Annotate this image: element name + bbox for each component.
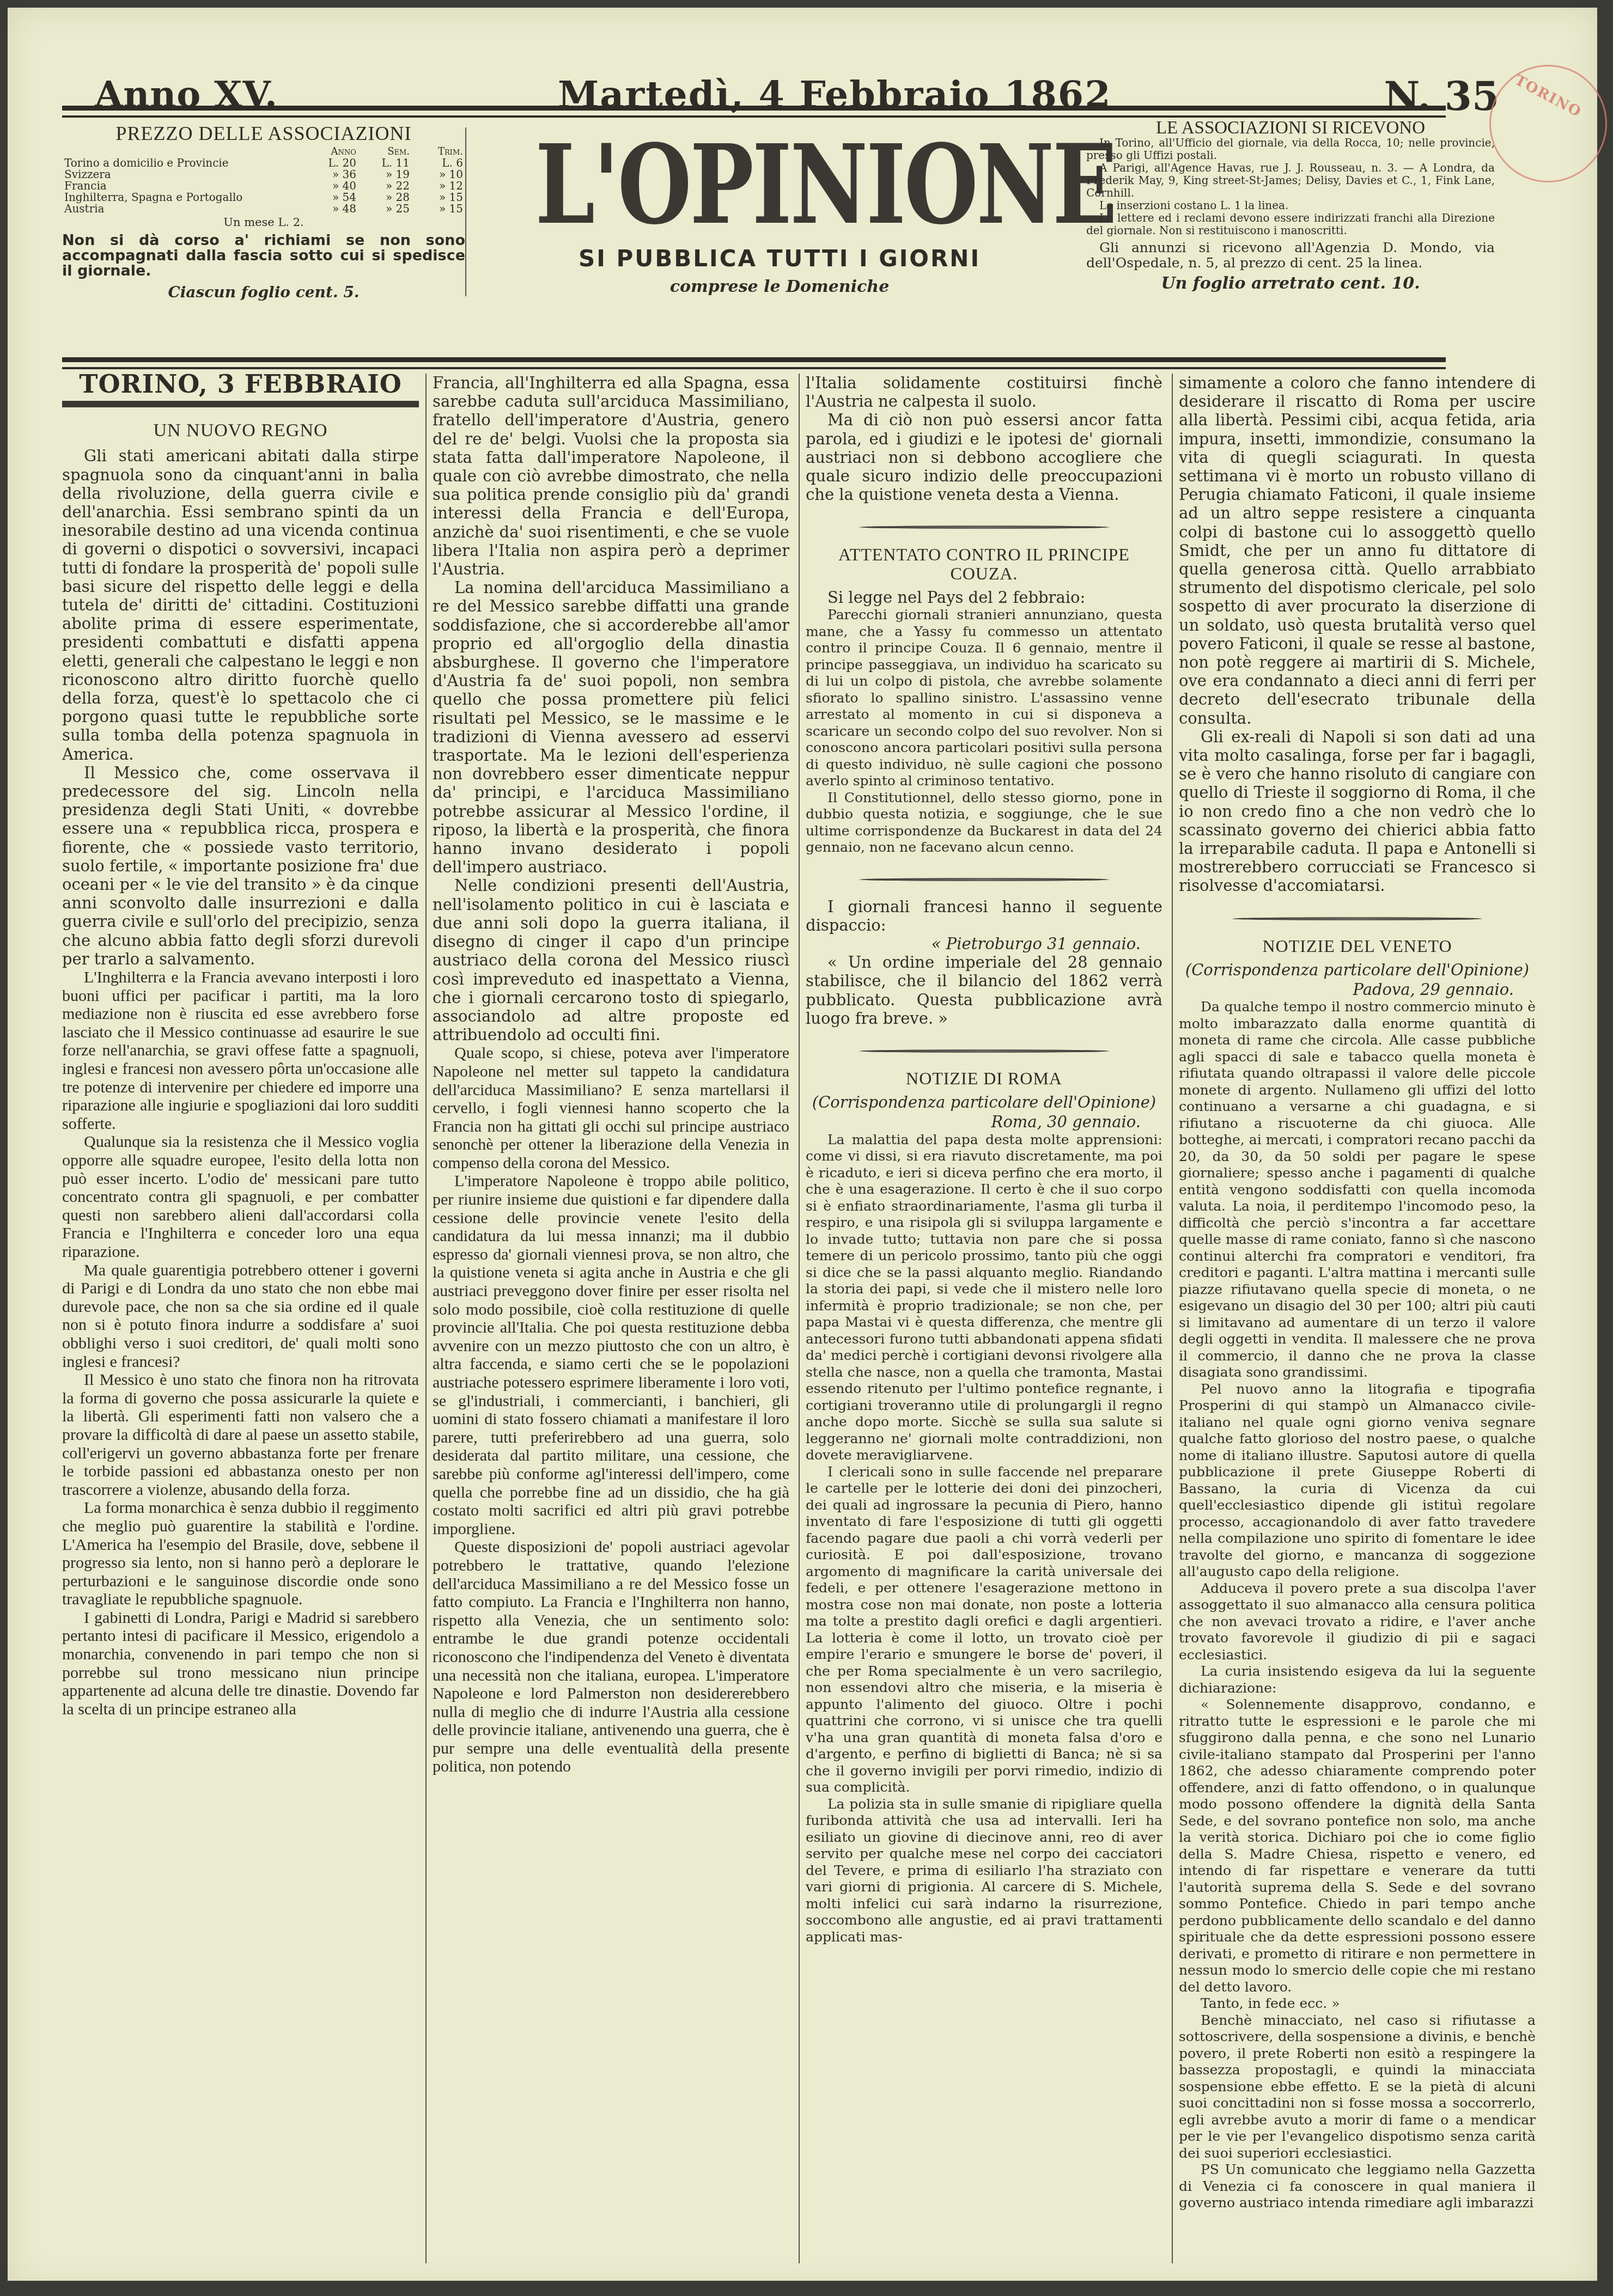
claims-notice: Non si dà corso a' richiami se non sono … bbox=[62, 233, 465, 279]
column-divider bbox=[799, 374, 800, 2263]
stamp-text: TORINO bbox=[1494, 62, 1603, 130]
price-place: Svizzera bbox=[62, 169, 305, 180]
paragraph: Da qualche tempo il nostro commercio min… bbox=[1179, 999, 1536, 1381]
price-place: Inghilterra, Spagna e Portogallo bbox=[62, 192, 305, 203]
article-title: NOTIZIE DI ROMA bbox=[806, 1069, 1162, 1088]
paragraph: Tanto, in fede ecc. » bbox=[1179, 1995, 1536, 2012]
paragraph: Ma di ciò non può essersi ancor fatta pa… bbox=[806, 411, 1162, 504]
paragraph: Francia, all'Inghilterra ed alla Spagna,… bbox=[433, 374, 789, 578]
subscription-heading: LE ASSOCIAZIONI SI RICEVONO bbox=[1086, 122, 1495, 135]
column-2: Francia, all'Inghilterra ed alla Spagna,… bbox=[433, 374, 789, 2258]
price-place: Austria bbox=[62, 203, 305, 215]
price-sem: L. 11 bbox=[358, 157, 412, 169]
price-row: Austria » 48 » 25 » 15 bbox=[62, 203, 465, 215]
dispatch-dateline: « Pietroburgo 31 gennaio. bbox=[806, 935, 1162, 953]
paragraph: Parecchi giornali stranieri annunziano, … bbox=[806, 607, 1162, 790]
paragraph: Adduceva il povero prete a sua discolpa … bbox=[1179, 1580, 1536, 1664]
correspondence-note: (Corrispondenza particolare dell'Opinion… bbox=[806, 1093, 1162, 1112]
newspaper-page: Anno XV. Martedì, 4 Febbraio 1862 N. 35 … bbox=[8, 8, 1597, 2288]
scan-edge bbox=[8, 2281, 1597, 2288]
prices-heading: PREZZO DELLE ASSOCIAZIONI bbox=[62, 122, 465, 145]
price-anno: » 36 bbox=[305, 169, 358, 180]
price-trim: » 10 bbox=[412, 169, 465, 180]
paragraph: Il Constitutionnel, dello stesso giorno,… bbox=[806, 790, 1162, 856]
correspondence-note: (Corrispondenza particolare dell'Opinion… bbox=[1179, 961, 1536, 979]
paragraph: I gabinetti di Londra, Parigi e Madrid s… bbox=[62, 1609, 419, 1719]
paragraph: L'imperatore Napoleone è troppo abile po… bbox=[433, 1172, 789, 1538]
back-issue-price: Un foglio arretrato cent. 10. bbox=[1086, 277, 1495, 290]
price-sem: » 19 bbox=[358, 169, 412, 180]
info-ads: Gli annunzi si ricevono all'Agenzia D. M… bbox=[1086, 240, 1495, 271]
paragraph: I clericali sono in sulle faccende nel p… bbox=[806, 1464, 1162, 1796]
column-divider bbox=[1172, 374, 1173, 2263]
paragraph: Pel nuovo anno la litografia e tipografi… bbox=[1179, 1381, 1536, 1580]
price-trim: » 15 bbox=[412, 203, 465, 215]
price-row: Francia » 40 » 22 » 12 bbox=[62, 180, 465, 192]
paragraph: L'Inghilterra e la Francia avevano inter… bbox=[62, 968, 419, 1133]
paragraph: Si legge nel Pays del 2 febbraio: bbox=[806, 588, 1162, 607]
price-sem: » 22 bbox=[358, 180, 412, 192]
paragraph: l'Italia solidamente costituirsi finchè … bbox=[806, 374, 1162, 411]
price-trim: » 15 bbox=[412, 192, 465, 203]
paragraph: PS Un comunicato che leggiamo nella Gazz… bbox=[1179, 2161, 1536, 2212]
paragraph: « Solennemente disapprovo, condanno, e r… bbox=[1179, 1696, 1536, 1995]
article-title: UN NUOVO REGNO bbox=[62, 422, 419, 440]
paragraph: La nomina dell'arciduca Massimiliano a r… bbox=[433, 578, 789, 876]
price-place: Torino a domicilio e Provincie bbox=[62, 157, 305, 169]
price-anno: L. 20 bbox=[305, 157, 358, 169]
price-anno: » 54 bbox=[305, 192, 358, 203]
paragraph: Il Messico è uno stato che finora non ha… bbox=[62, 1371, 419, 1499]
top-rule bbox=[62, 106, 1446, 118]
price-table: Anno Sem. Trim. Torino a domicilio e Pro… bbox=[62, 146, 465, 215]
sundays-note: comprese le Domeniche bbox=[466, 277, 1093, 296]
paragraph: Nelle condizioni presenti dell'Austria, … bbox=[433, 876, 789, 1044]
price-trim: L. 6 bbox=[412, 157, 465, 169]
paragraph: Il Messico che, come osservava il predec… bbox=[62, 764, 419, 968]
paragraph: La malattia del papa desta molte apprens… bbox=[806, 1132, 1162, 1464]
paragraph: Quale scopo, si chiese, poteva aver l'im… bbox=[433, 1044, 789, 1172]
newspaper-title: L'OPINIONE bbox=[535, 131, 1024, 240]
masthead-title-block: L'OPINIONE SI PUBBLICA TUTTI I GIORNI co… bbox=[465, 127, 1093, 296]
col-sem: Sem. bbox=[358, 146, 412, 157]
paragraph: « Un ordine imperiale del 28 gennaio sta… bbox=[806, 953, 1162, 1028]
column-4: simamente a coloro che fanno intendere d… bbox=[1179, 374, 1536, 2258]
postal-stamp: TORINO bbox=[1489, 65, 1607, 182]
info-letters: Le lettere ed i reclami devono essere in… bbox=[1086, 212, 1495, 237]
price-sem: » 25 bbox=[358, 203, 412, 215]
info-paris-london: A Parigi, all'Agence Havas, rue J. J. Ro… bbox=[1086, 162, 1495, 199]
dateline: TORINO, 3 FEBBRAIO bbox=[62, 375, 419, 393]
info-insertions: Le inserzioni costano L. 1 la linea. bbox=[1086, 199, 1495, 212]
monthly-price: Un mese L. 2. bbox=[62, 216, 465, 229]
col-anno: Anno bbox=[305, 146, 358, 157]
single-copy-price: Ciascun foglio cent. 5. bbox=[62, 283, 465, 301]
paragraph: I giornali francesi hanno il seguente di… bbox=[806, 897, 1162, 935]
paragraph: Gli stati americani abitati dalla stirpe… bbox=[62, 447, 419, 763]
masthead-rule bbox=[62, 357, 1446, 369]
paragraph: La polizia sta in sulle smanie di ripigl… bbox=[806, 1796, 1162, 1946]
paragraph: Ma quale guarentigia potrebbero ottener … bbox=[62, 1261, 419, 1371]
place-date: Roma, 30 gennaio. bbox=[806, 1113, 1162, 1131]
price-place: Francia bbox=[62, 180, 305, 192]
place-date: Padova, 29 gennaio. bbox=[1179, 980, 1536, 999]
price-trim: » 12 bbox=[412, 180, 465, 192]
paragraph: simamente a coloro che fanno intendere d… bbox=[1179, 374, 1536, 728]
paragraph: Qualunque sia la resistenza che il Messi… bbox=[62, 1133, 419, 1261]
dateline-rule bbox=[62, 401, 419, 407]
column-1: TORINO, 3 FEBBRAIO UN NUOVO REGNO Gli st… bbox=[62, 374, 419, 2258]
paragraph: Gli ex-reali di Napoli si son dati ad un… bbox=[1179, 728, 1536, 895]
column-divider bbox=[425, 374, 427, 2263]
section-divider bbox=[1232, 917, 1482, 920]
price-row: Svizzera » 36 » 19 » 10 bbox=[62, 169, 465, 180]
price-row: Torino a domicilio e Provincie L. 20 L. … bbox=[62, 157, 465, 169]
subscription-prices: PREZZO DELLE ASSOCIAZIONI Anno Sem. Trim… bbox=[62, 122, 465, 301]
subscription-info: LE ASSOCIAZIONI SI RICEVONO In Torino, a… bbox=[1086, 122, 1495, 290]
section-divider bbox=[859, 1049, 1109, 1053]
col-trim: Trim. bbox=[412, 146, 465, 157]
paragraph: La forma monarchica è senza dubbio il re… bbox=[62, 1499, 419, 1609]
column-3: l'Italia solidamente costituirsi finchè … bbox=[806, 374, 1162, 2258]
article-title: NOTIZIE DEL VENETO bbox=[1179, 937, 1536, 955]
article-columns: TORINO, 3 FEBBRAIO UN NUOVO REGNO Gli st… bbox=[62, 374, 1571, 2263]
article-title: ATTENTATO CONTRO IL PRINCIPE COUZA. bbox=[806, 545, 1162, 582]
paragraph: La curia insistendo esigeva da lui la se… bbox=[1179, 1663, 1536, 1696]
price-anno: » 48 bbox=[305, 203, 358, 215]
price-anno: » 40 bbox=[305, 180, 358, 192]
paragraph: Benchè minacciato, nel caso si rifiutass… bbox=[1179, 2012, 1536, 2162]
price-row: Inghilterra, Spagna e Portogallo » 54 » … bbox=[62, 192, 465, 203]
info-torino: In Torino, all'Ufficio del giornale, via… bbox=[1086, 137, 1495, 162]
paragraph: Queste disposizioni de' popoli austriaci… bbox=[433, 1538, 789, 1776]
section-divider bbox=[859, 878, 1109, 881]
publication-frequency: SI PUBBLICA TUTTI I GIORNI bbox=[466, 245, 1093, 272]
section-divider bbox=[859, 526, 1109, 529]
price-sem: » 28 bbox=[358, 192, 412, 203]
